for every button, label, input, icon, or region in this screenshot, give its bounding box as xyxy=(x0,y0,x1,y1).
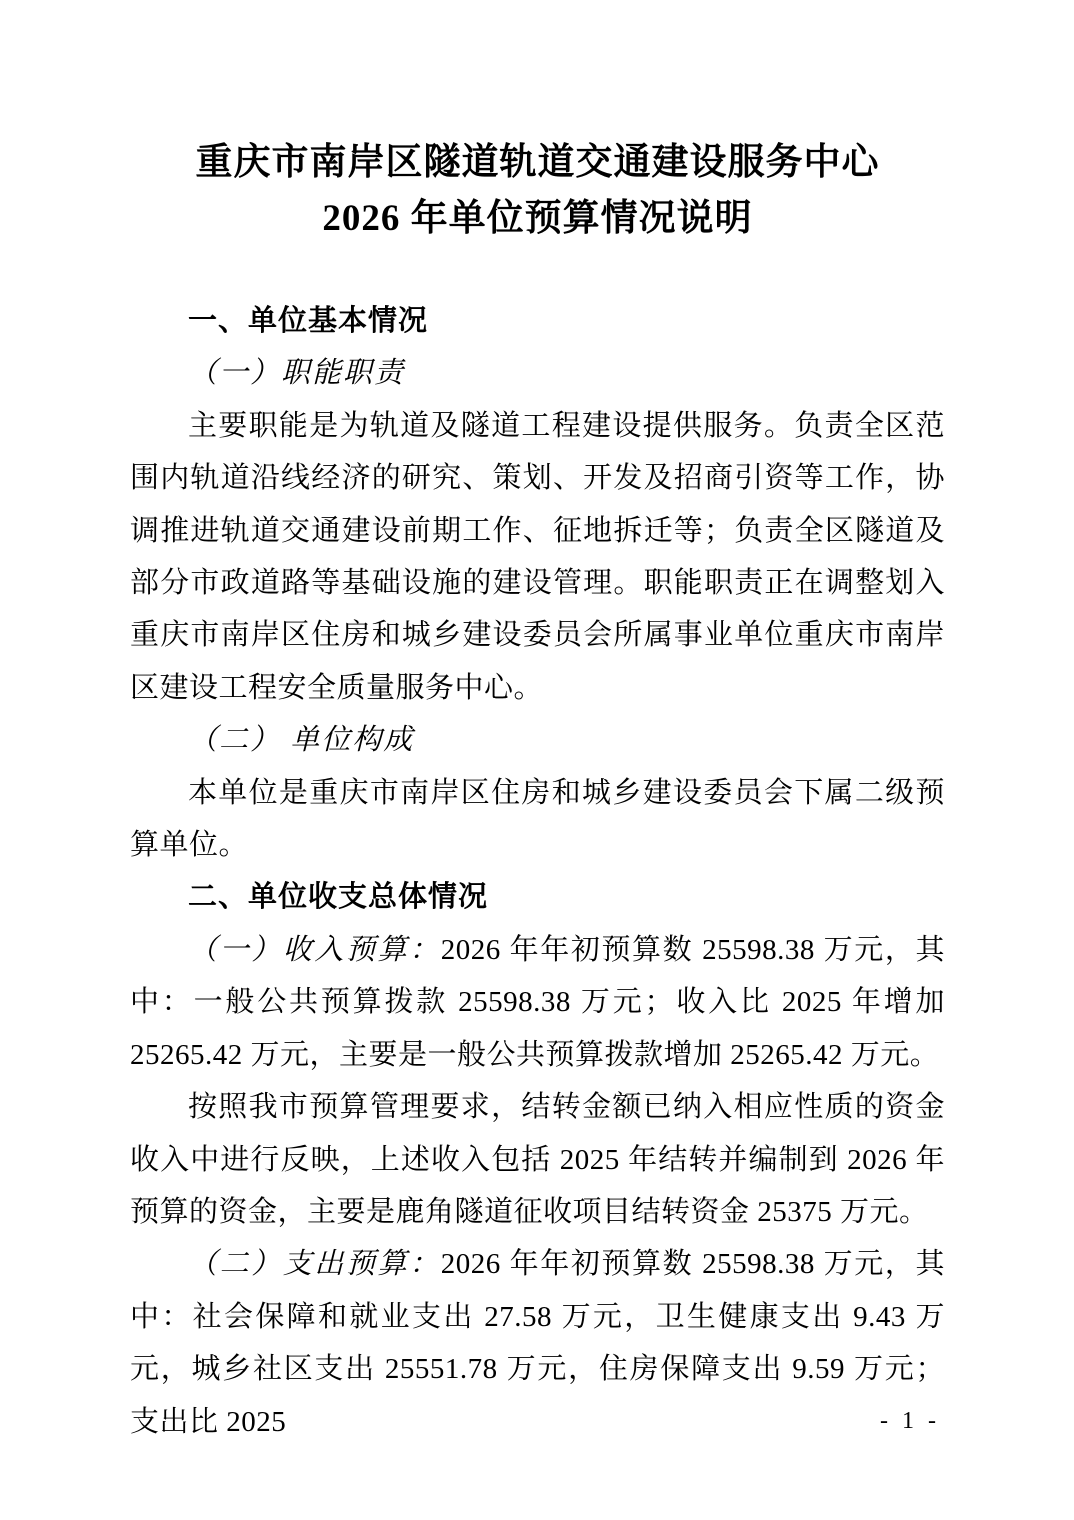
paragraph-unit-composition: 本单位是重庆市南岸区住房和城乡建设委员会下属二级预算单位。 xyxy=(130,767,945,872)
document-title-line-1: 重庆市南岸区隧道轨道交通建设服务中心 xyxy=(130,135,945,191)
section-heading-basic-info: 一、单位基本情况 xyxy=(130,295,945,347)
section-heading-budget-overview: 二、单位收支总体情况 xyxy=(130,871,945,923)
document-title-line-2: 2026 年单位预算情况说明 xyxy=(130,191,945,247)
income-budget-lead: （一）收入预算： xyxy=(188,934,441,966)
paragraph-income-budget: （一）收入预算：2026 年年初预算数 25598.38 万元，其中：一般公共预… xyxy=(130,924,945,1081)
expense-budget-lead: （二）支出预算： xyxy=(188,1248,441,1280)
paragraph-expense-budget: （二）支出预算：2026 年年初预算数 25598.38 万元，其中：社会保障和… xyxy=(130,1238,945,1448)
document-title: 重庆市南岸区隧道轨道交通建设服务中心 2026 年单位预算情况说明 xyxy=(130,135,945,247)
document-page: 重庆市南岸区隧道轨道交通建设服务中心 2026 年单位预算情况说明 一、单位基本… xyxy=(0,0,1074,1520)
paragraph-duties: 主要职能是为轨道及隧道工程建设提供服务。负责全区范围内轨道沿线经济的研究、策划、… xyxy=(130,400,945,714)
subsection-heading-duties: （一）职能职责 xyxy=(130,347,945,399)
paragraph-carryover-funds: 按照我市预算管理要求，结转金额已纳入相应性质的资金收入中进行反映，上述收入包括 … xyxy=(130,1081,945,1238)
page-number: - 1 - xyxy=(880,1406,940,1436)
subsection-heading-unit-composition: （二） 单位构成 xyxy=(130,714,945,766)
